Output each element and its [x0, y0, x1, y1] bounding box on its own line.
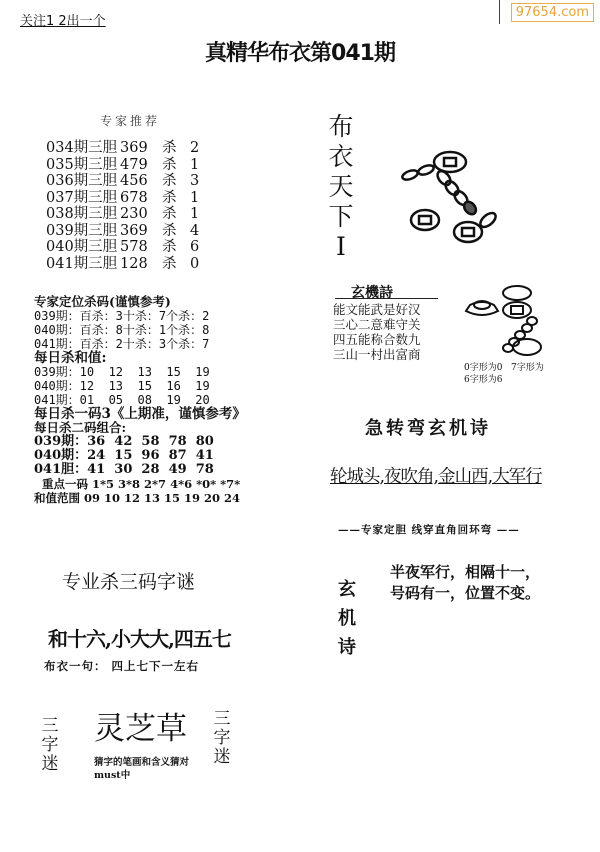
char: 布 — [326, 112, 356, 142]
vertical-label-right: 三 字 迷 — [212, 710, 232, 767]
table-row: 038期三胆230杀1 — [46, 206, 210, 223]
kill-label: 杀 — [162, 190, 178, 207]
coins-chain-illustration — [400, 140, 520, 250]
expert-recommend-heading: 专家推荐 — [100, 112, 160, 129]
kill-label: 杀 — [162, 256, 178, 273]
kill-value: 1 — [190, 206, 210, 223]
char: 迷 — [40, 755, 60, 774]
char: 衣 — [326, 142, 356, 172]
daily-kill-two-row: 040期：24 15 96 87 41 — [34, 449, 246, 463]
char: 迷 — [212, 748, 232, 767]
char: 三 — [40, 717, 60, 736]
daily-kill-one: 每日杀一码3《上期准，谨慎参考》 — [34, 407, 246, 421]
poem-line-underlined: 轮城头,夜吹角,金山西,大军行 — [330, 463, 542, 488]
jizhuan-title: 急转弯玄机诗 — [365, 414, 491, 440]
kill-value: 1 — [190, 190, 210, 207]
sum-range: 和值范围 09 10 12 13 15 19 20 24 — [34, 491, 246, 505]
poem-line: 四五能称合数九 — [333, 332, 421, 347]
riddle-answer: 和十六,小大大,四五七 — [48, 623, 231, 652]
buyi-vertical-title: 布 衣 天 下 I — [326, 112, 356, 262]
period: 041期三胆 — [46, 256, 120, 273]
kill-label: 杀 — [162, 223, 178, 240]
riddle-note: 猜字的笔画和含义猜对must中 — [94, 756, 194, 782]
period: 037期三胆 — [46, 190, 120, 207]
kill-value: 3 — [190, 173, 210, 190]
kill-label: 杀 — [162, 239, 178, 256]
period: 034期三胆 — [46, 140, 120, 157]
expert-recommend-table: 034期三胆369杀2 035期三胆479杀1 036期三胆456杀3 037期… — [46, 140, 210, 272]
char: 三 — [212, 710, 232, 729]
table-row: 036期三胆456杀3 — [46, 173, 210, 190]
poem-line: 能文能武是好汉 — [333, 302, 421, 317]
nums: 678 — [120, 190, 162, 207]
daily-kill-two-row: 041胆：41 30 28 49 78 — [34, 463, 246, 477]
char: 字 — [212, 729, 232, 748]
period: 036期三胆 — [46, 173, 120, 190]
table-row: 034期三胆369杀2 — [46, 140, 210, 157]
xuanji-title: 玄機詩 — [343, 282, 401, 302]
kill-label: 杀 — [162, 140, 178, 157]
period: 040期三胆 — [46, 239, 120, 256]
kill-label: 杀 — [162, 173, 178, 190]
char: 诗 — [336, 633, 358, 662]
char: 玄 — [336, 575, 358, 604]
char: 字 — [40, 736, 60, 755]
expert-line: ——专家定胆 线穿直角回环弯 —— — [338, 522, 520, 537]
daily-sum-kill-row: 041期：01 05 08 19 20 — [34, 393, 246, 407]
kill-value: 6 — [190, 239, 210, 256]
kill-value: 1 — [190, 157, 210, 174]
vertical-label-left: 三 字 迷 — [40, 717, 60, 774]
char: 机 — [336, 604, 358, 633]
nums: 369 — [120, 140, 162, 157]
nums: 456 — [120, 173, 162, 190]
kill-label: 杀 — [162, 206, 178, 223]
position-kill-row: 040期：百杀：8十杀：1个杀：8 — [34, 323, 246, 337]
table-row: 041期三胆128杀0 — [46, 256, 210, 273]
daily-kill-two-row: 039期：36 42 58 78 80 — [34, 435, 246, 449]
daily-kill-two-heading: 每日杀二码组合: — [34, 421, 246, 435]
xuanjishi-vertical: 玄 机 诗 — [336, 575, 358, 662]
kill-label: 杀 — [162, 157, 178, 174]
key-code: 重点一码 1*5 3*8 2*7 4*6 *0* *7* — [42, 477, 246, 491]
daily-sum-kill-heading: 每日杀和值: — [34, 351, 246, 365]
period: 038期三胆 — [46, 206, 120, 223]
char: I — [326, 232, 356, 262]
divider — [499, 0, 500, 24]
shape-note: 0字形为0 7字形为 6字形为6 — [464, 362, 544, 386]
nums: 369 — [120, 223, 162, 240]
table-row: 037期三胆678杀1 — [46, 190, 210, 207]
xuanji-poem: 能文能武是好汉 三心二意难守关 四五能称合数九 三山一村出富商 — [333, 302, 421, 362]
poem-line: 三心二意难守关 — [333, 317, 421, 332]
kill-value: 4 — [190, 223, 210, 240]
riddle-heading: 专业杀三码字谜 — [62, 567, 195, 594]
poem-line: 号码有一，位置不变。 — [390, 583, 540, 604]
kill-value: 2 — [190, 140, 210, 157]
period: 039期三胆 — [46, 223, 120, 240]
daily-sum-kill-row: 040期：12 13 15 16 19 — [34, 379, 246, 393]
poem-line: 半夜军行，相隔十一， — [390, 562, 540, 583]
position-kill-heading: 专家定位杀码(谨慎参考) — [34, 295, 246, 309]
ingot-coins-illustration — [462, 285, 562, 360]
char: 下 — [326, 202, 356, 232]
nums: 578 — [120, 239, 162, 256]
buyi-line: 布衣一句： 四上七下一左右 — [44, 658, 199, 674]
top-note: 关注1 2出一个 — [20, 10, 106, 29]
riddle-poem: 半夜军行，相隔十一， 号码有一，位置不变。 — [390, 562, 540, 604]
table-row: 040期三胆578杀6 — [46, 239, 210, 256]
nums: 230 — [120, 206, 162, 223]
char: 天 — [326, 172, 356, 202]
daily-sum-kill-row: 039期：10 12 13 15 19 — [34, 365, 246, 379]
table-row: 035期三胆479杀1 — [46, 157, 210, 174]
kill-value: 0 — [190, 256, 210, 273]
riddle-word: 灵芝草 — [94, 703, 187, 748]
position-kill-row: 041期：百杀：2十杀：3个杀：7 — [34, 337, 246, 351]
poem-line: 三山一村出富商 — [333, 347, 421, 362]
table-row: 039期三胆369杀4 — [46, 223, 210, 240]
kill-code-block: 专家定位杀码(谨慎参考) 039期：百杀：3十杀：7个杀：2 040期：百杀：8… — [34, 295, 246, 505]
page-title: 真精华布衣第041期 — [0, 36, 600, 67]
divider — [335, 298, 438, 299]
watermark-link[interactable]: 97654.com — [511, 3, 594, 22]
period: 035期三胆 — [46, 157, 120, 174]
nums: 128 — [120, 256, 162, 273]
nums: 479 — [120, 157, 162, 174]
position-kill-row: 039期：百杀：3十杀：7个杀：2 — [34, 309, 246, 323]
